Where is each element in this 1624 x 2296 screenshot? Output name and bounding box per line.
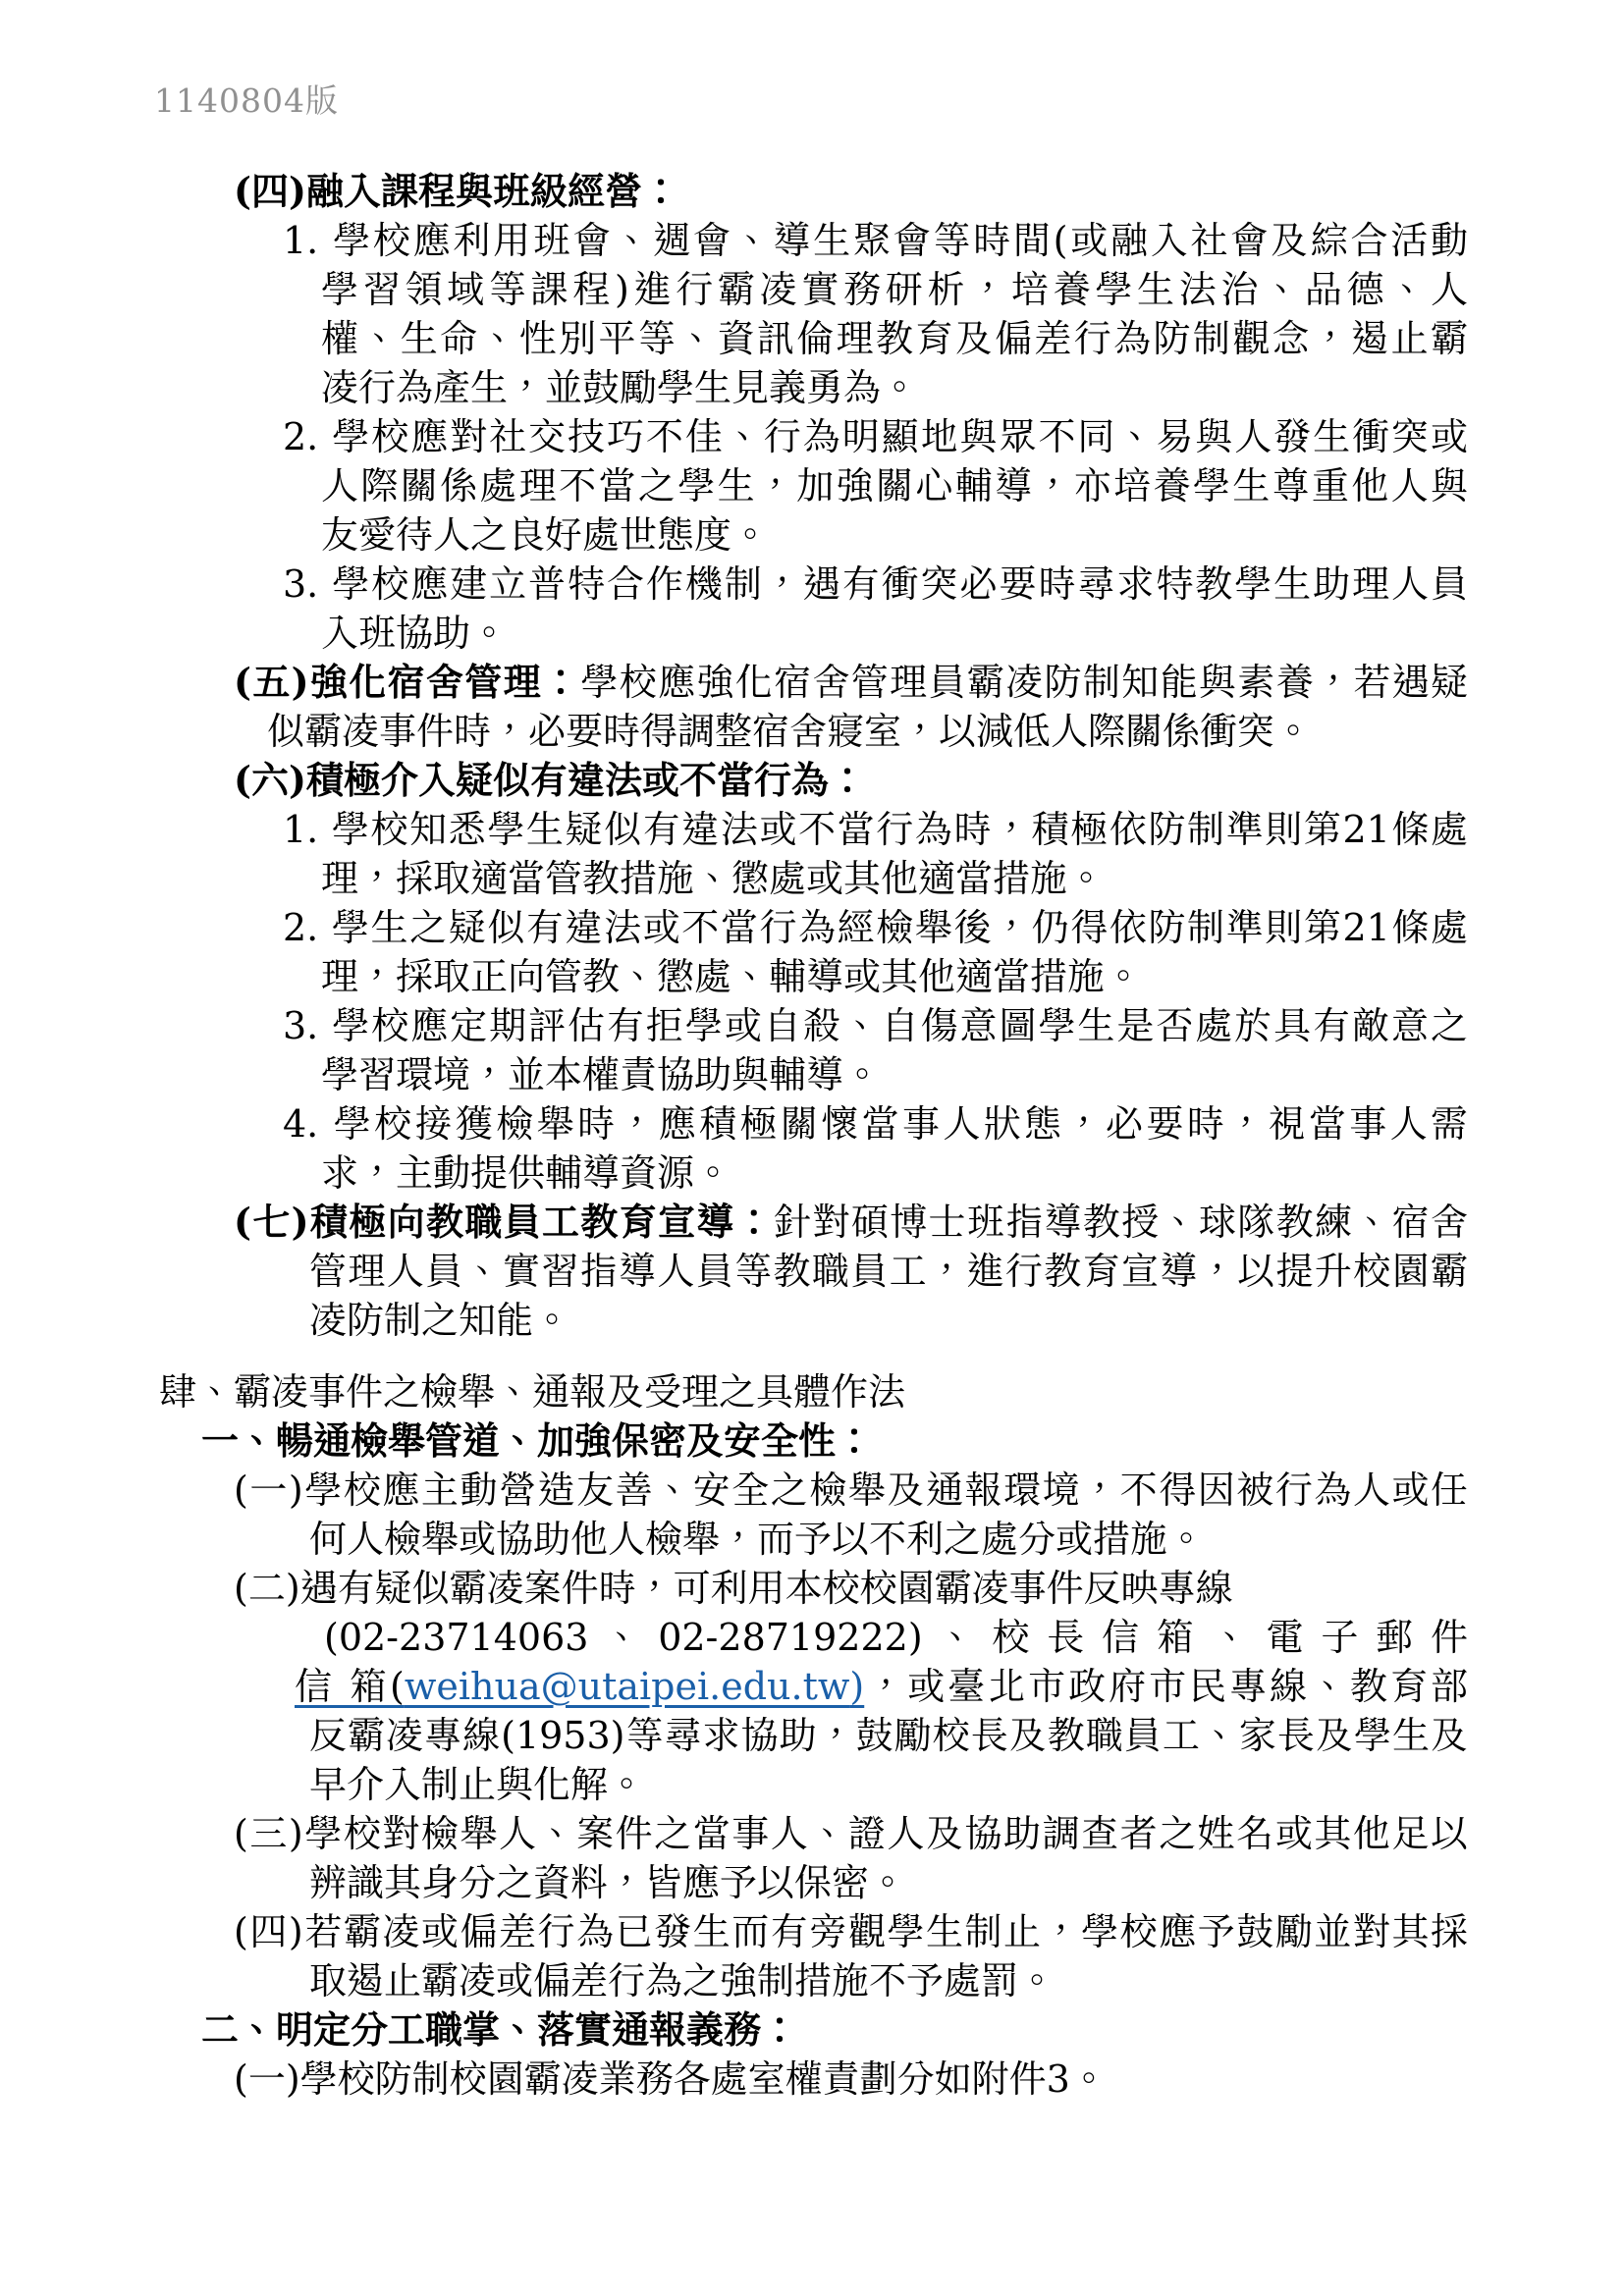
doc-line: (一)學校防制校園霸凌業務各處室權責劃分如附件3。 [234,2055,1468,2104]
doc-line: 理，採取正向管教、懲處、輔導或其他適當措施。 [321,952,1468,1001]
doc-line: 3. 學校應定期評估有拒學或自殺、自傷意圖學生是否處於具有敵意之 [283,1001,1468,1050]
heading-item-5: (五)強化宿舍管理：學校應強化宿舍管理員霸凌防制知能與素養，若遇疑 [234,658,1468,707]
email-line: 信 箱(weihua@utaipei.edu.tw)，或臺北市政府市民專線、教育… [295,1662,1468,1711]
doc-line: 4. 學校接獲檢舉時，應積極關懷當事人狀態，必要時，視當事人需 [283,1099,1468,1148]
doc-line: 入班協助。 [321,609,1468,658]
doc-line: 1. 學校應利用班會、週會、導生聚會等時間(或融入社會及綜合活動 [283,216,1468,265]
doc-line: 2. 學生之疑似有違法或不當行為經檢舉後，仍得依防制準則第21條處 [283,903,1468,952]
doc-line: 辨識其身分之資料，皆應予以保密。 [309,1858,1468,1907]
doc-line: 凌防制之知能。 [309,1296,1468,1345]
line-text: ，或臺北市政府市民專線、教育部 [864,1665,1468,1708]
subheading-1: 一、暢通檢舉管道、加強保密及安全性： [201,1416,1468,1466]
document-body: (四)融入課程與班級經營： 1. 學校應利用班會、週會、導生聚會等時間(或融入社… [0,167,1468,2104]
doc-line: 人際關係處理不當之學生，加強關心輔導，亦培養學生尊重他人與 [321,461,1468,510]
doc-line: 1. 學校知悉學生疑似有違法或不當行為時，積極依防制準則第21條處 [283,805,1468,854]
doc-line: 何人檢舉或協助他人檢舉，而予以不利之處分或措施。 [309,1515,1468,1564]
doc-line: 理，採取適當管教措施、懲處或其他適當措施。 [321,854,1468,903]
doc-line: 早介入制止與化解。 [309,1760,1468,1809]
doc-line: 學習領域等課程)進行霸凌實務研析，培養學生法治、品德、人 [321,265,1468,314]
policy-document-page: 1140804版 (四)融入課程與班級經營： 1. 學校應利用班會、週會、導生聚… [0,0,1624,2296]
doc-line: 2. 學校應對社交技巧不佳、行為明顯地與眾不同、易與人發生衝突或 [283,412,1468,461]
heading-label: (七)積極向教職員工教育宣導： [234,1200,774,1244]
heading-label: (五)強化宿舍管理： [234,660,580,704]
doc-line: 似霸凌事件時，必要時得調整宿舍寢室，以減低人際關係衝突。 [267,707,1468,756]
version-label: 1140804版 [154,82,339,120]
doc-line: 取遏止霸凌或偏差行為之強制措施不予處罰。 [309,1956,1468,2005]
mailbox-label: 信 箱( [295,1665,405,1708]
heading-body-text: 學校應強化宿舍管理員霸凌防制知能與素養，若遇疑 [580,661,1468,704]
heading-body-text: 針對碩博士班指導教授、球隊教練、宿舍 [774,1201,1468,1244]
subheading-2: 二、明定分工職掌、落實通報義務： [201,2005,1468,2055]
doc-line: 凌行為產生，並鼓勵學生見義勇為。 [321,363,1468,412]
heading-item-7: (七)積極向教職員工教育宣導：針對碩博士班指導教授、球隊教練、宿舍 [234,1198,1468,1247]
doc-line: (四)若霸凌或偏差行為已發生而有旁觀學生制止，學校應予鼓勵並對其採 [234,1907,1468,1956]
heading-item-4: (四)融入課程與班級經營： [234,167,1468,216]
email-close-paren: ) [849,1665,864,1708]
doc-line: (三)學校對檢舉人、案件之當事人、證人及協助調查者之姓名或其他足以 [234,1809,1468,1858]
heading-item-6: (六)積極介入疑似有違法或不當行為： [234,756,1468,805]
hotline-numbers-line: (02-23714063 、 02-28719222) 、 校 長 信 箱 、 … [324,1613,1468,1662]
doc-line: 反霸凌專線(1953)等尋求協助，鼓勵校長及教職員工、家長及學生及 [309,1711,1468,1760]
email-link[interactable]: weihua@utaipei.edu.tw [405,1665,850,1708]
part-si-title: 肆、霸凌事件之檢舉、通報及受理之具體作法 [159,1367,1468,1416]
doc-line: 友愛待人之良好處世態度。 [321,510,1468,560]
doc-line: 管理人員、實習指導人員等教職員工，進行教育宣導，以提升校園霸 [309,1247,1468,1296]
doc-line: 權、生命、性別平等、資訊倫理教育及偏差行為防制觀念，遏止霸 [321,314,1468,363]
doc-line: 3. 學校應建立普特合作機制，遇有衝突必要時尋求特教學生助理人員 [283,560,1468,609]
doc-line: 學習環境，並本權責協助與輔導。 [321,1050,1468,1099]
doc-line: (二)遇有疑似霸凌案件時，可利用本校校園霸凌事件反映專線 [234,1564,1468,1613]
doc-line: (一)學校應主動營造友善、安全之檢舉及通報環境，不得因被行為人或任 [234,1466,1468,1515]
doc-line: 求，主動提供輔導資源。 [321,1148,1468,1198]
